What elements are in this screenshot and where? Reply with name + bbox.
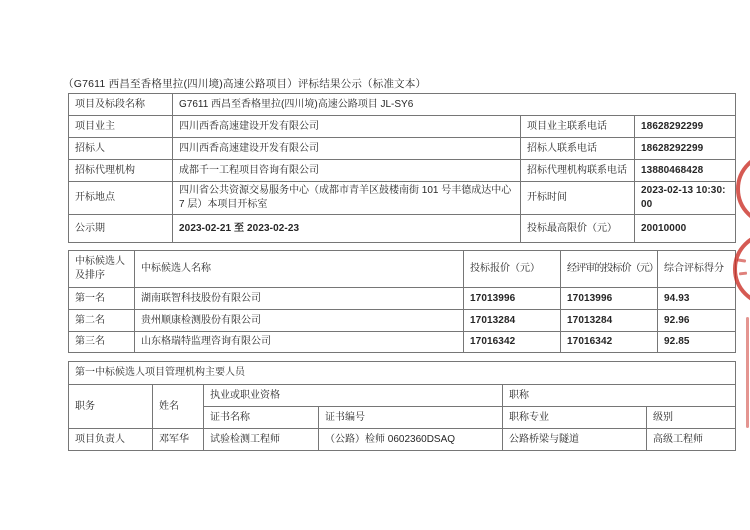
- info-label-cell: 招标代理机构: [69, 160, 173, 182]
- info-row-tenderer: 招标人 四川西香高速建设开发有限公司 招标人联系电话 18628292299: [69, 138, 736, 160]
- personnel-table: 第一中标候选人项目管理机构主要人员 职务 姓名 执业或职业资格 职称 证书名称 …: [68, 361, 736, 451]
- personnel-header-title-level: 级别: [647, 407, 736, 429]
- info-label-cell: 项目业主: [69, 116, 173, 138]
- personnel-header-title: 职称: [503, 385, 736, 407]
- candidates-header-cell: 经评审的投标价（元）: [561, 251, 658, 288]
- candidate-evaluated-bid-cell: 17016342: [561, 332, 658, 353]
- personnel-title-level-cell: 高级工程师: [647, 429, 736, 451]
- candidate-name-cell: 贵州顺康检测股份有限公司: [135, 310, 464, 332]
- info-label-cell: 项目业主联系电话: [521, 116, 635, 138]
- personnel-header-row: 职务 姓名 执业或职业资格 职称: [69, 385, 736, 407]
- personnel-title-row: 第一中标候选人项目管理机构主要人员: [69, 362, 736, 385]
- personnel-cert-no-cell: （公路）检师 0602360DSAQ: [319, 429, 503, 451]
- candidate-row: 第二名 贵州顺康检测股份有限公司 17013284 17013284 92.96: [69, 310, 736, 332]
- candidate-name-cell: 山东格瑞特监理咨询有限公司: [135, 332, 464, 353]
- info-label-cell: 开标时间: [521, 182, 635, 215]
- personnel-table-title: 第一中标候选人项目管理机构主要人员: [69, 362, 736, 385]
- info-value-cell: 四川省公共资源交易服务中心（成都市青羊区鼓楼南街 101 号丰德成达中心 7 层…: [173, 182, 521, 215]
- info-label-cell: 招标人: [69, 138, 173, 160]
- personnel-header-name: 姓名: [153, 385, 204, 429]
- project-info-table: 项目及标段名称 G7611 西昌至香格里拉(四川境)高速公路项目 JL-SY6 …: [68, 93, 736, 243]
- candidate-rank-cell: 第一名: [69, 288, 135, 310]
- info-row-opening-place: 开标地点 四川省公共资源交易服务中心（成都市青羊区鼓楼南街 101 号丰德成达中…: [69, 182, 736, 215]
- candidate-bid-cell: 17013284: [464, 310, 561, 332]
- personnel-cert-name-cell: 试验检测工程师: [204, 429, 319, 451]
- candidate-bid-cell: 17016342: [464, 332, 561, 353]
- personnel-header-cert-no: 证书编号: [319, 407, 503, 429]
- info-value-cell: 2023-02-21 至 2023-02-23: [173, 215, 521, 243]
- info-label-cell: 开标地点: [69, 182, 173, 215]
- personnel-header-cert-name: 证书名称: [204, 407, 319, 429]
- info-value-cell: 成都千一工程项目咨询有限公司: [173, 160, 521, 182]
- candidates-header-cell: 中标候选人及排序: [69, 251, 135, 288]
- info-label-cell: 投标最高限价（元）: [521, 215, 635, 243]
- info-label-cell: 项目及标段名称: [69, 94, 173, 116]
- info-value-cell: 18628292299: [635, 116, 736, 138]
- personnel-header-title-major: 职称专业: [503, 407, 647, 429]
- personnel-header-position: 职务: [69, 385, 153, 429]
- info-value-cell: 四川西香高速建设开发有限公司: [173, 116, 521, 138]
- candidate-score-cell: 92.96: [658, 310, 736, 332]
- personnel-position-cell: 项目负责人: [69, 429, 153, 451]
- candidates-header-cell: 综合评标得分: [658, 251, 736, 288]
- candidate-score-cell: 92.85: [658, 332, 736, 353]
- candidates-header-cell: 中标候选人名称: [135, 251, 464, 288]
- personnel-row: 项目负责人 邓军华 试验检测工程师 （公路）检师 0602360DSAQ 公路桥…: [69, 429, 736, 451]
- personnel-header-qualification: 执业或职业资格: [204, 385, 503, 407]
- candidate-row: 第一名 湖南联智科技股份有限公司 17013996 17013996 94.93: [69, 288, 736, 310]
- info-row-agency: 招标代理机构 成都千一工程项目咨询有限公司 招标代理机构联系电话 1388046…: [69, 160, 736, 182]
- candidate-row: 第三名 山东格瑞特监理咨询有限公司 17016342 17016342 92.8…: [69, 332, 736, 353]
- info-value-cell: 四川西香高速建设开发有限公司: [173, 138, 521, 160]
- candidate-bid-cell: 17013996: [464, 288, 561, 310]
- candidates-table: 中标候选人及排序 中标候选人名称 投标报价（元） 经评审的投标价（元） 综合评标…: [68, 250, 736, 353]
- red-seal-stamp-icon: [736, 152, 750, 226]
- info-value-cell: G7611 西昌至香格里拉(四川境)高速公路项目 JL-SY6: [173, 94, 736, 116]
- candidate-rank-cell: 第二名: [69, 310, 135, 332]
- info-row-owner: 项目业主 四川西香高速建设开发有限公司 项目业主联系电话 18628292299: [69, 116, 736, 138]
- info-value-cell: 2023-02-13 10:30:00: [635, 182, 736, 215]
- candidate-name-cell: 湖南联智科技股份有限公司: [135, 288, 464, 310]
- info-value-cell: 18628292299: [635, 138, 736, 160]
- personnel-title-major-cell: 公路桥梁与隧道: [503, 429, 647, 451]
- candidate-evaluated-bid-cell: 17013996: [561, 288, 658, 310]
- candidates-header-row: 中标候选人及排序 中标候选人名称 投标报价（元） 经评审的投标价（元） 综合评标…: [69, 251, 736, 288]
- page-title: （G7611 西昌至香格里拉(四川境)高速公路项目）评标结果公示（标准文本）: [63, 76, 426, 91]
- candidate-rank-cell: 第三名: [69, 332, 135, 353]
- candidate-score-cell: 94.93: [658, 288, 736, 310]
- info-value-cell: 13880468428: [635, 160, 736, 182]
- info-label-cell: 招标代理机构联系电话: [521, 160, 635, 182]
- info-value-cell: 20010000: [635, 215, 736, 243]
- info-row-publicity-period: 公示期 2023-02-21 至 2023-02-23 投标最高限价（元） 20…: [69, 215, 736, 243]
- candidate-evaluated-bid-cell: 17013284: [561, 310, 658, 332]
- info-label-cell: 招标人联系电话: [521, 138, 635, 160]
- personnel-name-cell: 邓军华: [153, 429, 204, 451]
- candidates-header-cell: 投标报价（元）: [464, 251, 561, 288]
- red-seal-streak: [746, 317, 749, 428]
- info-label-cell: 公示期: [69, 215, 173, 243]
- info-row-section: 项目及标段名称 G7611 西昌至香格里拉(四川境)高速公路项目 JL-SY6: [69, 94, 736, 116]
